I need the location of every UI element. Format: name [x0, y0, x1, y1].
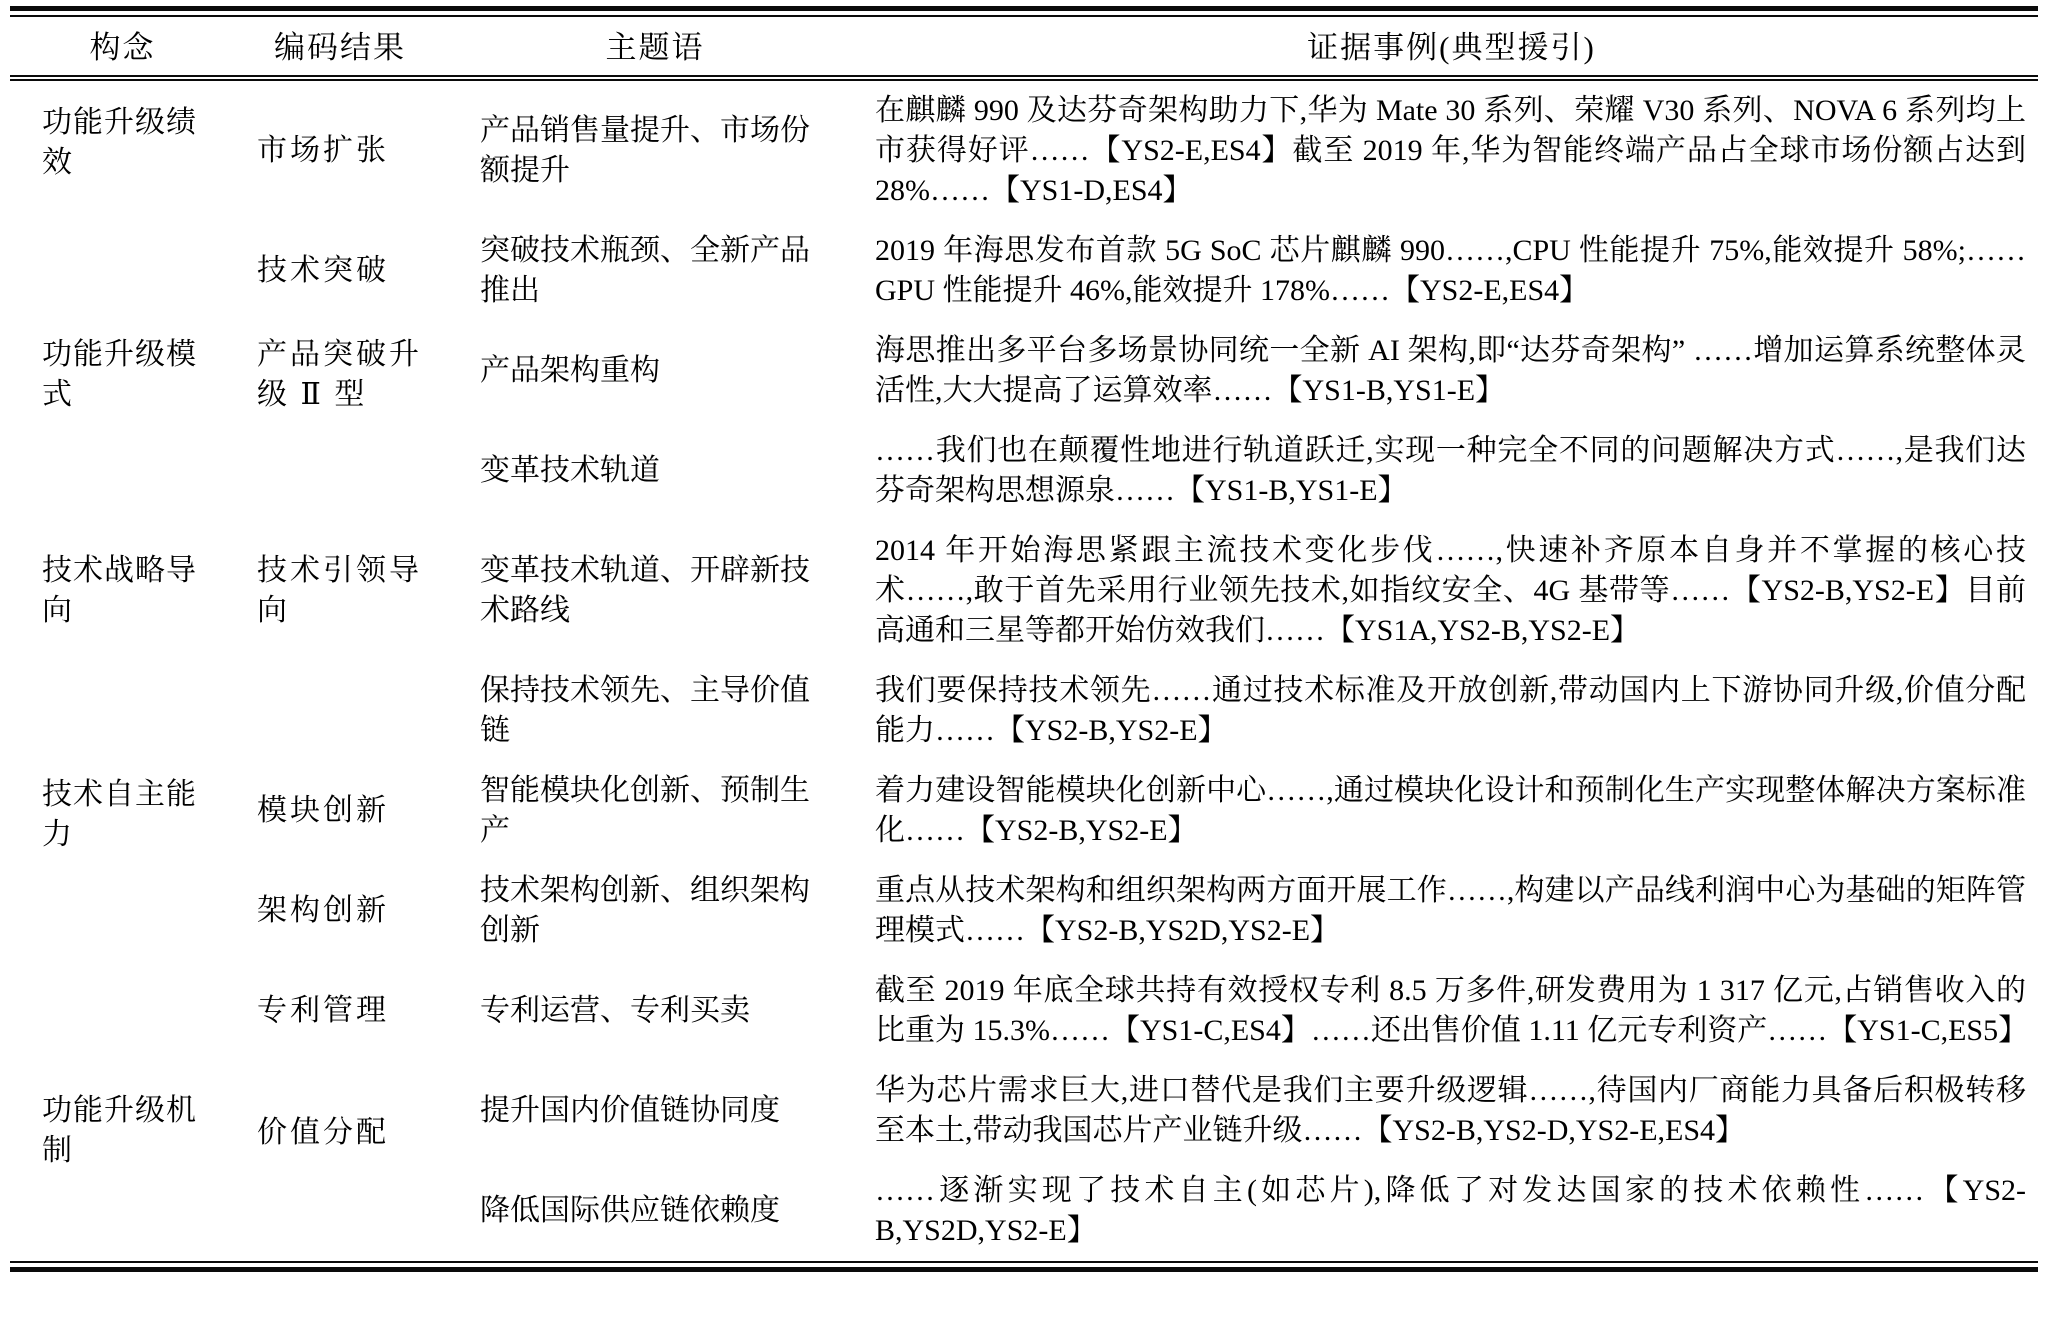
construct-cell: 功能升级绩效	[10, 78, 235, 321]
theme-cell: 产品销售量提升、市场份额提升	[445, 78, 865, 221]
code-cell: 专利管理	[235, 961, 445, 1061]
evidence-cell: 重点从技术架构和组织架构两方面开展工作……,构建以产品线利润中心为基础的矩阵管理…	[865, 861, 2038, 961]
table-row: 技术自主能力 模块创新 智能模块化创新、预制生产 着力建设智能模块化创新中心………	[10, 761, 2038, 861]
evidence-cell: 我们要保持技术领先……通过技术标准及开放创新,带动国内上下游协同升级,价值分配能…	[865, 661, 2038, 761]
header-construct: 构念	[10, 17, 235, 78]
theme-cell: 降低国际供应链依赖度	[445, 1161, 865, 1261]
header-theme: 主题语	[445, 17, 865, 78]
code-cell: 模块创新	[235, 761, 445, 861]
evidence-cell: 2019 年海思发布首款 5G SoC 芯片麒麟 990……,CPU 性能提升 …	[865, 221, 2038, 321]
evidence-cell: 截至 2019 年底全球共持有效授权专利 8.5 万多件,研发费用为 1 317…	[865, 961, 2038, 1061]
evidence-cell: 2014 年开始海思紧跟主流技术变化步伐……,快速补齐原本自身并不掌握的核心技术…	[865, 521, 2038, 661]
table-row: 功能升级机制 价值分配 提升国内价值链协同度 华为芯片需求巨大,进口替代是我们主…	[10, 1061, 2038, 1161]
header-code: 编码结果	[235, 17, 445, 78]
theme-cell: 提升国内价值链协同度	[445, 1061, 865, 1161]
code-cell: 技术突破	[235, 221, 445, 321]
construct-cell: 技术自主能力	[10, 761, 235, 1061]
code-cell: 市场扩张	[235, 78, 445, 221]
theme-cell: 保持技术领先、主导价值链	[445, 661, 865, 761]
table-row: 技术战略导向 技术引领导向 变革技术轨道、开辟新技术路线 2014 年开始海思紧…	[10, 521, 2038, 661]
coding-table: 构念 编码结果 主题语 证据事例(典型援引) 功能升级绩效 市场扩张 产品销售量…	[10, 17, 2038, 1261]
theme-cell: 技术架构创新、组织架构创新	[445, 861, 865, 961]
code-cell: 价值分配	[235, 1061, 445, 1261]
code-cell: 产品突破升级 Ⅱ 型	[235, 321, 445, 521]
theme-cell: 专利运营、专利买卖	[445, 961, 865, 1061]
code-cell: 架构创新	[235, 861, 445, 961]
table-bottom-thick-rule	[10, 1267, 2038, 1272]
evidence-cell: 华为芯片需求巨大,进口替代是我们主要升级逻辑……,待国内厂商能力具备后积极转移至…	[865, 1061, 2038, 1161]
table-header-row: 构念 编码结果 主题语 证据事例(典型援引)	[10, 17, 2038, 78]
theme-cell: 变革技术轨道	[445, 421, 865, 521]
construct-cell: 功能升级机制	[10, 1061, 235, 1261]
construct-cell: 功能升级模式	[10, 321, 235, 521]
header-evidence: 证据事例(典型援引)	[865, 17, 2038, 78]
theme-cell: 智能模块化创新、预制生产	[445, 761, 865, 861]
evidence-cell: ……逐渐实现了技术自主(如芯片),降低了对发达国家的技术依赖性……【YS2-B,…	[865, 1161, 2038, 1261]
theme-cell: 突破技术瓶颈、全新产品推出	[445, 221, 865, 321]
construct-cell: 技术战略导向	[10, 521, 235, 761]
evidence-cell: ……我们也在颠覆性地进行轨道跃迁,实现一种完全不同的问题解决方式……,是我们达芬…	[865, 421, 2038, 521]
evidence-cell: 着力建设智能模块化创新中心……,通过模块化设计和预制化生产实现整体解决方案标准化…	[865, 761, 2038, 861]
table-row: 功能升级绩效 市场扩张 产品销售量提升、市场份额提升 在麒麟 990 及达芬奇架…	[10, 78, 2038, 221]
code-cell: 技术引领导向	[235, 521, 445, 761]
table-row: 架构创新 技术架构创新、组织架构创新 重点从技术架构和组织架构两方面开展工作………	[10, 861, 2038, 961]
table-row: 技术突破 突破技术瓶颈、全新产品推出 2019 年海思发布首款 5G SoC 芯…	[10, 221, 2038, 321]
evidence-cell: 在麒麟 990 及达芬奇架构助力下,华为 Mate 30 系列、荣耀 V30 系…	[865, 78, 2038, 221]
table-row: 专利管理 专利运营、专利买卖 截至 2019 年底全球共持有效授权专利 8.5 …	[10, 961, 2038, 1061]
paper-table-page: 构念 编码结果 主题语 证据事例(典型援引) 功能升级绩效 市场扩张 产品销售量…	[0, 0, 2048, 1344]
theme-cell: 产品架构重构	[445, 321, 865, 421]
evidence-cell: 海思推出多平台多场景协同统一全新 AI 架构,即“达芬奇架构” ……增加运算系统…	[865, 321, 2038, 421]
table-row: 功能升级模式 产品突破升级 Ⅱ 型 产品架构重构 海思推出多平台多场景协同统一全…	[10, 321, 2038, 421]
theme-cell: 变革技术轨道、开辟新技术路线	[445, 521, 865, 661]
